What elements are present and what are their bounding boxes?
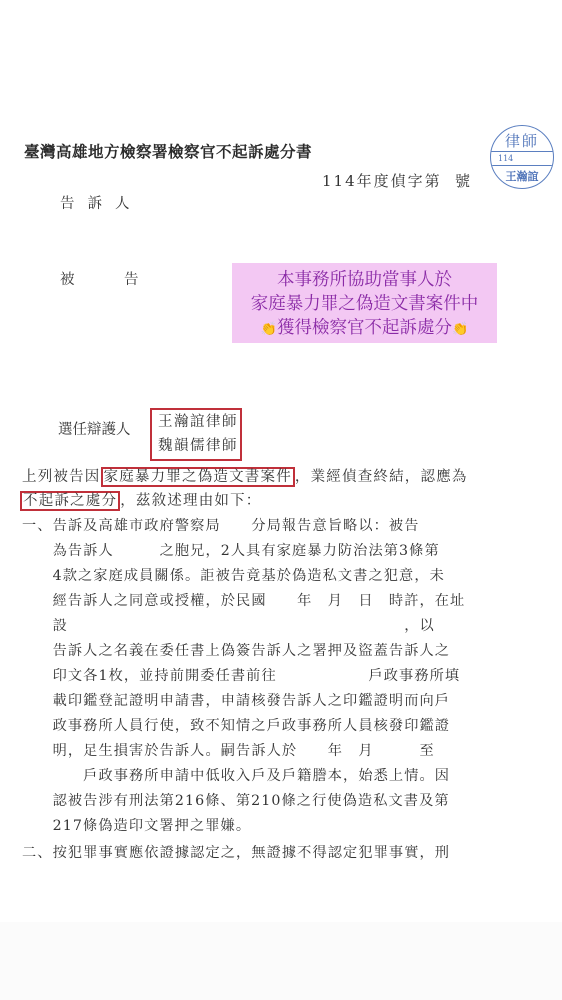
intro-tail: ，茲敘述理由如下： [120,493,261,509]
section2-line: 二、按犯罪事實應依證據認定之，無證據不得認定犯罪事實，刑 [22,843,450,863]
result-highlight: 不起訴之處分 [20,491,120,511]
stamp-top-text: 律師 [491,130,553,151]
section1-line: 為告訴人 之胞兄，2人具有家庭暴力防治法第3條第 [22,541,440,561]
promo-line-1: 本事務所協助當事人於 [232,268,497,292]
section1-line: 認被告涉有刑法第216條、第210條之行使偽造私文書及第 [22,791,450,811]
lawyers-highlight-box: 王瀚誼律師 魏韻儒律師 [150,408,242,461]
clapping-hands-icon: 👏 [452,322,468,337]
promo-line-3-wrap: 👏獲得檢察官不起訴處分👏 [232,316,497,342]
intro-suffix: ，業經偵查終結，認應為 [295,469,468,485]
lawyer-stamp-icon: 律師 114 王瀚誼 [490,125,554,189]
case-number-suffix: 號 [455,170,470,191]
case-number: 114年度偵字第 [322,170,442,191]
section1-line: 政事務所人員行使，致不知情之戶政事務所人員核發印鑑證 [22,716,450,736]
intro-line-1: 上列被告因家庭暴力罪之偽造文書案件，業經偵查終結，認應為 [22,467,468,487]
clapping-hands-icon: 👏 [261,322,277,337]
section1-line: 載印鑑登記證明申請書，申請核發告訴人之印鑑證明而向戶 [22,691,450,711]
section1-line: 告訴人之名義在委任書上偽簽告訴人之署押及盜蓋告訴人之 [22,641,450,661]
section1-line: 明，足生損害於告訴人。嗣告訴人於 年 月 至 [22,741,435,761]
intro-line-2: 不起訴之處分，茲敘述理由如下： [20,491,262,511]
section1-line: 戶政事務所申請中低收入戶及戶籍謄本，始悉上情。因 [22,766,450,786]
case-type-highlight: 家庭暴力罪之偽造文書案件 [101,467,295,487]
stamp-bottom-text: 王瀚誼 [491,168,553,184]
section1-line: 一、告訴及高雄市政府警察局 分局報告意旨略以：被告 [22,516,419,536]
section1-line: 印文各1枚，並持前開委任書前往 戶政事務所填 [22,666,460,686]
lawyer-name: 魏韻儒律師 [158,434,240,458]
intro-prefix: 上列被告因 [22,469,101,485]
blank-footer-area [0,922,562,1000]
lawyer-name: 王瀚誼律師 [158,410,240,434]
section1-line: 經告訴人之同意或授權，於民國 年 月 日 時許，在址 [22,591,465,611]
promo-banner: 本事務所協助當事人於 家庭暴力罪之偽造文書案件中 👏獲得檢察官不起訴處分👏 [232,263,497,343]
defendant-label-part1: 被 [60,268,75,289]
complainant-label: 告訴人 [60,192,143,213]
document-page: 臺灣高雄地方檢察署檢察官不起訴處分書 114年度偵字第 號 律師 114 王瀚誼… [0,0,562,922]
stamp-middle-text: 114 [491,151,553,166]
defender-label: 選任辯護人 [58,418,131,439]
section1-line: 4款之家庭成員關係。詎被告竟基於偽造私文書之犯意，未 [22,566,445,586]
defendant-label-part2: 告 [124,268,139,289]
document-title: 臺灣高雄地方檢察署檢察官不起訴處分書 [24,140,312,162]
section1-line: 217條偽造印文署押之罪嫌。 [22,816,251,836]
promo-line-3: 獲得檢察官不起訴處分 [277,318,452,338]
promo-line-2: 家庭暴力罪之偽造文書案件中 [232,292,497,316]
section1-line: 設 ，以 [22,616,435,636]
